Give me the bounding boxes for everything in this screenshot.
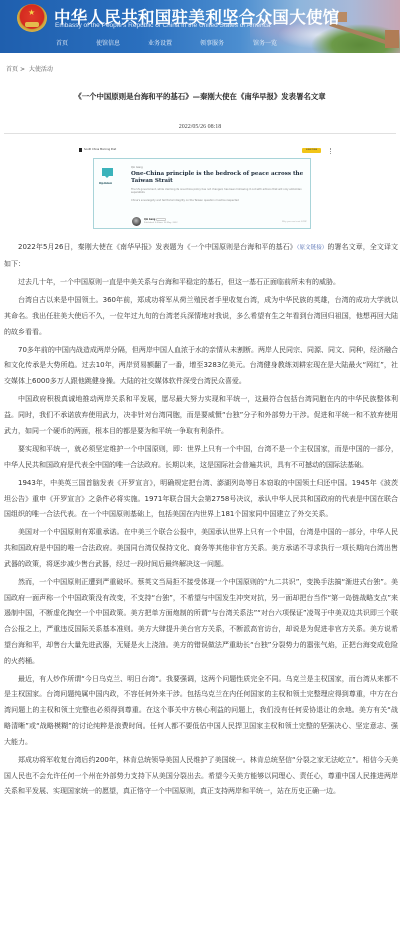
breadcrumb-home[interactable]: 首页 — [6, 66, 18, 73]
scmp-site-label: South China Morning Post — [84, 148, 116, 151]
body-paragraph: 1943年，中美英三国首脑发表《开罗宣言》，明确规定把台湾、澎湖列岛等日本窃取的… — [4, 476, 398, 523]
follow-badge — [156, 218, 166, 221]
national-emblem-icon[interactable]: ★ — [17, 4, 47, 32]
body-paragraph: 70多年前的中国内战造成两岸分隔，但两岸中国人血浓于水的亲情从未割断。两岸人民同… — [4, 343, 398, 390]
card-author-line: Qin Gang — [131, 166, 143, 169]
nav-item-embassy-info[interactable]: 使馆信息 — [96, 38, 120, 47]
site-header-banner: ★ 中华人民共和国驻美利坚合众国大使馆 Embassy of the Peopl… — [0, 0, 400, 53]
main-nav: 首页 使馆信息 业务设置 领事服务 馆务一览 — [0, 38, 400, 50]
speech-bubble-icon — [102, 168, 113, 176]
body-paragraph: 过去几十年，一个中国原则一直是中美关系与台海和平稳定的基石，但这一基石正面临前所… — [4, 275, 398, 291]
body-paragraph: 最近，有人炒作所谓“今日乌克兰、明日台湾”。我要强调，这两个问题性质完全不同。乌… — [4, 672, 398, 751]
site-subtitle: Embassy of the People's Republic of Chin… — [55, 22, 271, 29]
breadcrumb-ambassador-activities[interactable]: 大使活动 — [29, 66, 53, 73]
card-trust-note: Why you can trust SCMP — [282, 221, 307, 223]
body-paragraph: 美国对一个中国原则有郑重承诺。在中美三个联合公报中，美国承认世界上只有一个中国，… — [4, 525, 398, 572]
breadcrumb-separator: > — [20, 66, 25, 73]
nav-item-affairs-overview[interactable]: 馆务一览 — [253, 38, 277, 47]
header-divider — [4, 133, 396, 134]
subscribe-badge: SUBSCRIBE — [302, 148, 321, 153]
nav-item-consular-services[interactable]: 领事服务 — [200, 38, 224, 47]
breadcrumb: 首页 > 大使活动 — [6, 64, 53, 73]
article-date: 2022/05/26 08:18 — [0, 124, 400, 130]
body-paragraph: 台湾自古以来是中国领土。360年前，郑成功将军从荷兰殖民者手里收复台湾，成为中华… — [4, 293, 398, 340]
scmp-logo-icon — [79, 148, 82, 152]
original-article-link[interactable]: （原文链接） — [297, 245, 328, 251]
article-title: 《一个中国原则是台海和平的基石》—秦刚大使在《南华早报》发表署名文章 — [0, 91, 400, 102]
body-paragraph: 中国政府积极真诚地推动两岸关系和平发展，愿尽最大努力实现和平统一，这最符合包括台… — [4, 392, 398, 439]
more-menu-icon — [330, 148, 332, 154]
embedded-article-screenshot: South China Morning Post SUBSCRIBE Opini… — [64, 140, 344, 232]
article-body: 2022年5月26日，秦刚大使在《南华早报》发表题为《一个中国原则是台海和平的基… — [4, 240, 398, 802]
nav-item-business-settings[interactable]: 业务设置 — [148, 38, 172, 47]
intro-paragraph: 2022年5月26日，秦刚大使在《南华早报》发表题为《一个中国原则是台海和平的基… — [4, 240, 398, 272]
star-icon: ★ — [28, 9, 35, 17]
card-headline: One-China principle is the bedrock of pe… — [131, 171, 311, 185]
card-bullet: China's sovereignty and territorial inte… — [131, 199, 309, 202]
intro-text: 2022年5月26日，秦刚大使在《南华早报》发表题为《一个中国原则是台海和平的基… — [18, 243, 297, 251]
body-paragraph: 然而，一个中国原则正遭到严重破坏。蔡英文当局拒不接受体现一个中国原则的“九二共识… — [4, 575, 398, 669]
body-paragraph: 郑成功将军收复台湾后约200年，林肯总统领导美国人民维护了美国统一。林肯总统坚信… — [4, 753, 398, 800]
card-author-meta: Published: 5:30am, 26 May, 2022 — [144, 222, 178, 224]
card-author-name: Qin Gang — [144, 218, 155, 221]
body-paragraph: 要实现和平统一，就必须坚定维护一个中国原则，即：世界上只有一个中国，台湾不是一个… — [4, 442, 398, 473]
opinion-section-label: Opinion — [99, 181, 112, 185]
card-bullet: The US government, while claiming its on… — [131, 188, 309, 195]
author-avatar — [132, 217, 141, 226]
nav-item-home[interactable]: 首页 — [56, 38, 68, 47]
opinion-card: Opinion Qin Gang One-China principle is … — [93, 158, 311, 229]
emblem-base — [25, 22, 39, 27]
